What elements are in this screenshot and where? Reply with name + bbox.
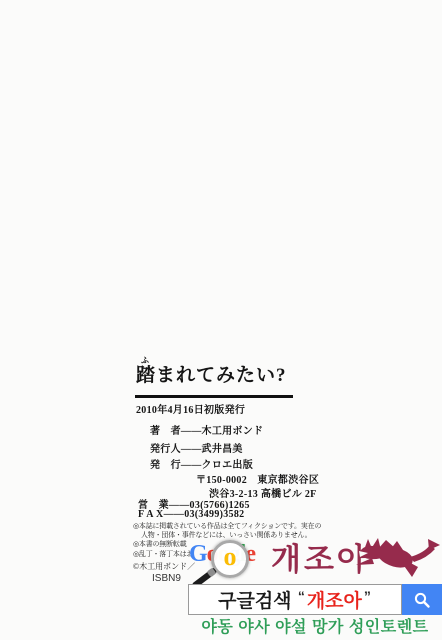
edition-date: 2010年4月16日初版発行 (136, 401, 245, 416)
search-label: 구글검색 (218, 586, 291, 613)
title-kanji: 踏 (136, 365, 156, 386)
publisher-row: 発 行——クロエ出版 (150, 456, 253, 471)
defective-copy-note: ◎乱丁・落丁本はお (133, 549, 193, 559)
magnifying-glass-icon: o (211, 540, 249, 578)
no-reproduction-note: ◎本書の無断転載 (133, 539, 187, 549)
search-query-text: 개조아 (307, 586, 362, 613)
open-quote: “ (298, 588, 305, 604)
title-rest: まれてみたい? (156, 365, 287, 386)
fax-row: F A X——03(3499)3582 (138, 509, 244, 520)
isbn-number: ISBN9 (152, 573, 181, 584)
close-quote: ” (364, 588, 371, 604)
copyright-line: ©木工用ボンド／ (133, 561, 195, 572)
scanned-colophon-page: ふ踏まれてみたい? 2010年4月16日初版発行 著 者——木工用ボンド 発行人… (0, 0, 442, 640)
keyword-footer: 야동 야사 야설 망가 성인토렌트 (188, 614, 442, 637)
title-underline (135, 395, 293, 398)
search-input[interactable]: 구글검색 “개조아” (188, 584, 402, 615)
address-line-1: 〒150-0002 東京都渋谷区 (196, 471, 319, 486)
book-title: ふ踏まれてみたい? (136, 366, 287, 385)
title-furigana: ふ (141, 357, 149, 365)
author-row: 著 者——木工用ボンド (150, 422, 263, 437)
search-icon (413, 591, 431, 609)
devil-dog-mascot-icon (355, 537, 442, 579)
publisher-person-row: 発行人——武井昌美 (150, 440, 243, 455)
search-button[interactable] (402, 584, 442, 615)
